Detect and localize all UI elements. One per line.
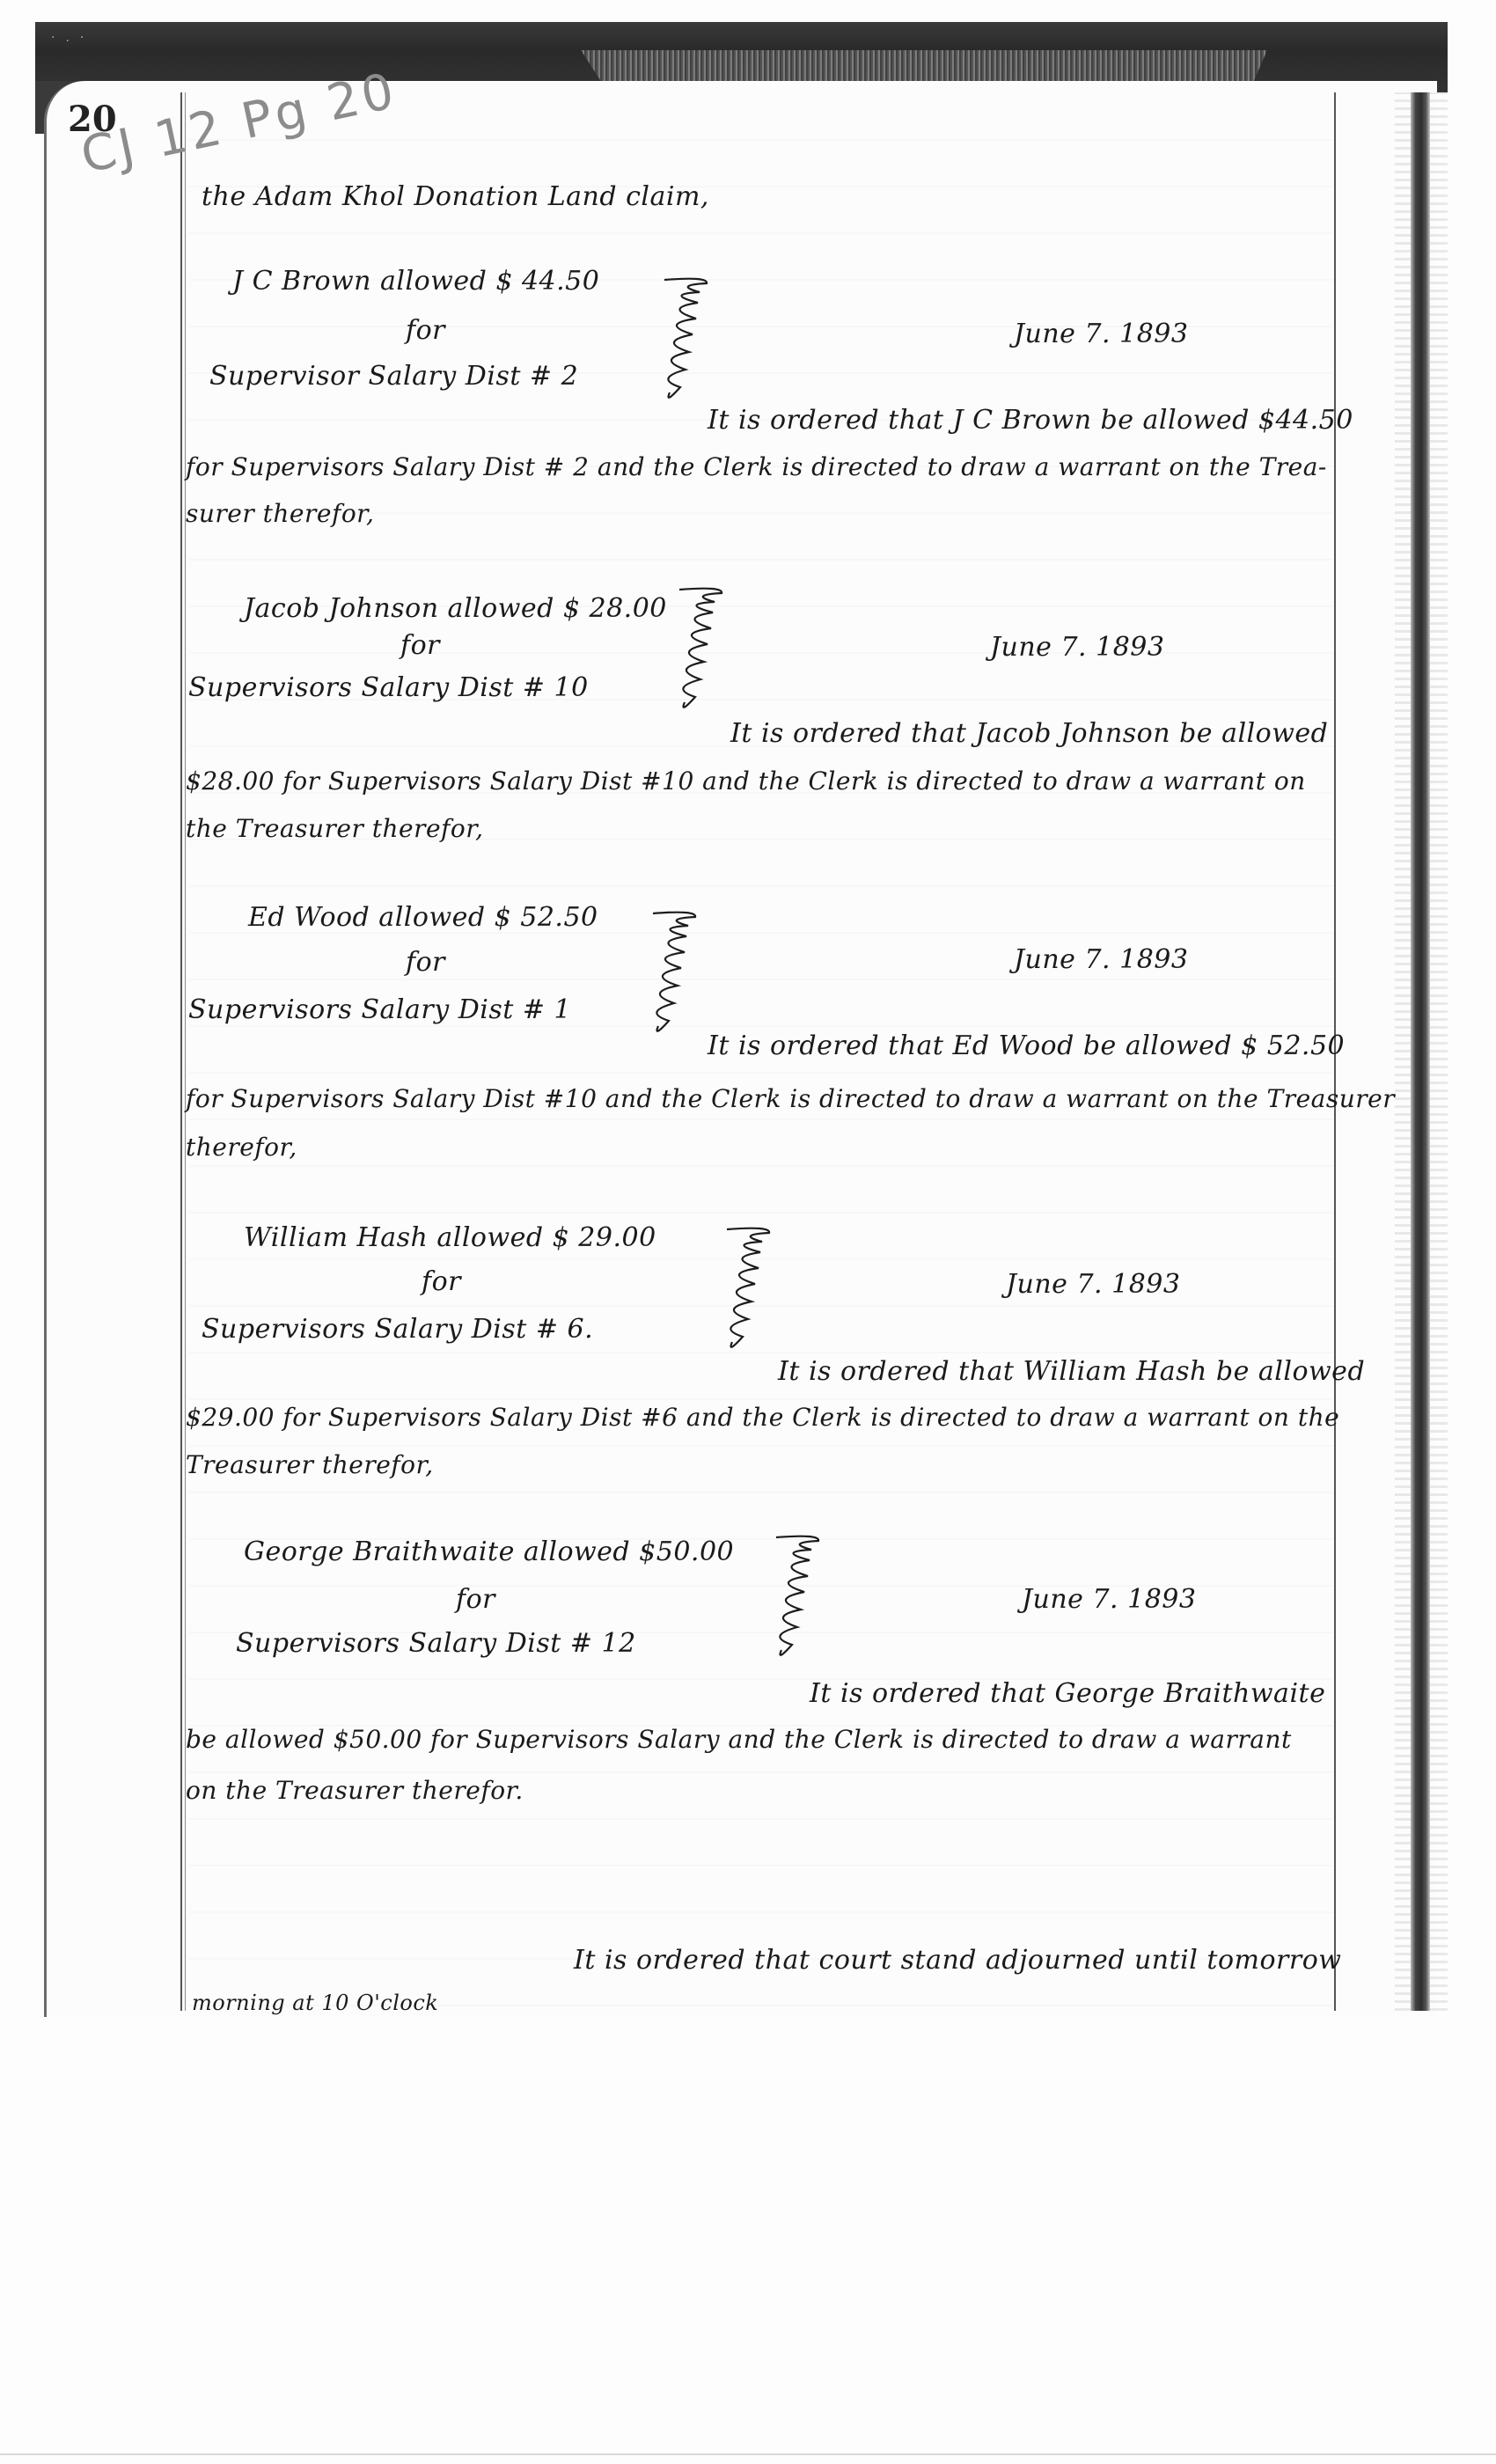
order-line: It is ordered that Ed Wood be allowed $ … <box>708 1030 1345 1061</box>
left-margin-rule <box>180 92 182 2011</box>
entry-caption-purpose: Supervisors Salary Dist # 1 <box>188 994 571 1025</box>
order-line: It is ordered that George Braithwaite <box>810 1678 1325 1709</box>
entry-caption-purpose: Supervisors Salary Dist # 6. <box>202 1314 593 1345</box>
order-line: therefor, <box>186 1133 297 1162</box>
entry-date: June 7. 1893 <box>990 632 1164 663</box>
binding-texture <box>581 50 1267 82</box>
entry-caption-for: for <box>456 1584 495 1615</box>
entry-caption-for: for <box>406 947 445 978</box>
order-line: It is ordered that William Hash be allow… <box>778 1356 1365 1387</box>
left-margin-rule-inner <box>185 92 186 2011</box>
order-line: It is ordered that J C Brown be allowed … <box>708 405 1353 436</box>
entry-caption: William Hash allowed $ 29.00 <box>244 1222 656 1253</box>
entry-caption-purpose: Supervisors Salary Dist # 12 <box>236 1628 636 1659</box>
order-line: for Supervisors Salary Dist #10 and the … <box>186 1084 1395 1113</box>
adjournment-time: morning at 10 O'clock <box>192 1991 438 2015</box>
flourish-icon <box>635 906 706 1038</box>
adjournment-order: It is ordered that court stand adjourned… <box>574 1945 1341 1976</box>
flourish-icon <box>647 273 717 405</box>
continuation-line: the Adam Khol Donation Land claim, <box>202 181 709 212</box>
entry-caption-for: for <box>406 315 445 346</box>
binding-strip <box>1411 92 1430 2011</box>
flourish-icon <box>662 583 732 715</box>
entry-caption: Jacob Johnson allowed $ 28.00 <box>244 593 667 624</box>
entry-caption-purpose: Supervisors Salary Dist # 10 <box>188 672 589 703</box>
order-line: surer therefor, <box>186 499 374 528</box>
scan-bottom-edge <box>0 2453 1496 2455</box>
entry-caption-for: for <box>400 630 440 661</box>
entry-date: June 7. 1893 <box>1014 319 1188 349</box>
order-line: It is ordered that Jacob Johnson be allo… <box>730 718 1328 749</box>
entry-date: June 7. 1893 <box>1014 944 1188 975</box>
order-line: $29.00 for Supervisors Salary Dist #6 an… <box>186 1403 1339 1432</box>
entry-caption: George Braithwaite allowed $50.00 <box>244 1536 734 1567</box>
flourish-icon <box>759 1526 829 1667</box>
entry-date: June 7. 1893 <box>1022 1584 1196 1615</box>
order-line: for Supervisors Salary Dist # 2 and the … <box>186 452 1327 481</box>
order-line: $28.00 for Supervisors Salary Dist #10 a… <box>186 766 1306 796</box>
entry-caption-purpose: Supervisor Salary Dist # 2 <box>209 361 578 392</box>
flourish-icon <box>709 1218 780 1359</box>
entry-date: June 7. 1893 <box>1006 1269 1180 1300</box>
order-line: Treasurer therefor, <box>186 1450 434 1479</box>
order-line: the Treasurer therefor, <box>186 814 483 843</box>
entry-caption: J C Brown allowed $ 44.50 <box>232 266 599 297</box>
order-line: on the Treasurer therefor. <box>186 1776 524 1805</box>
scan-specks: ·.· <box>51 31 94 45</box>
order-line: be allowed $50.00 for Supervisors Salary… <box>186 1725 1292 1754</box>
entry-caption: Ed Wood allowed $ 52.50 <box>248 902 598 933</box>
entry-caption-for: for <box>422 1266 461 1297</box>
